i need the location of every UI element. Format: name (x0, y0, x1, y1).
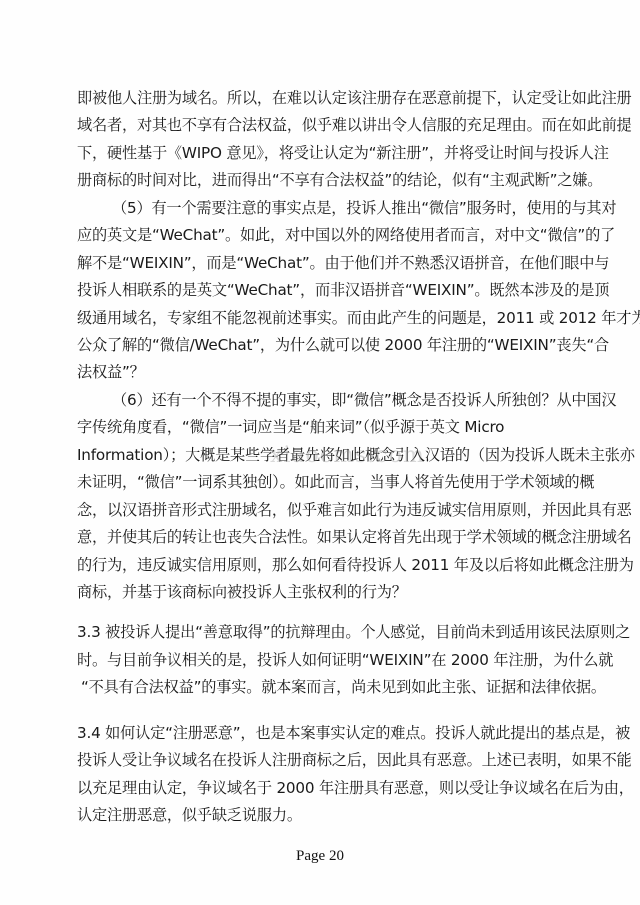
text-line: 册商标的时间对比，进而得出“不享有合法权益”的结论，似有“主观武断”之嫌。 (77, 170, 602, 190)
text-line: 念，以汉语拼音形式注册域名，似乎难言如此行为违反诚实信用原则，并因此具有恶 (77, 500, 632, 520)
text-line: 公众了解的“微信/WeChat”，为什么就可以使 2000 年注册的“WEIXI… (77, 335, 609, 355)
document-page: 即被他人注册为域名。所以，在难以认定该注册存在恶意前提下，认定受让如此注册 域名… (0, 0, 640, 905)
text-line: “不具有合法权益”的事实。就本案而言，尚未见到如此主张、证据和法律依据。 (81, 677, 606, 697)
text-line: 以充足理由认定，争议域名于 2000 年注册具有恶意，则以受让争议域名在后为由， (77, 778, 634, 798)
text-line: 投诉人相联系的是英文“WeChat”，而非汉语拼音“WEIXIN”。既然本涉及的… (77, 280, 609, 300)
text-line: 应的英文是“WeChat”。如此，对中国以外的网络使用者而言，对中文“微信”的了 (77, 225, 615, 245)
text-line: 的行为，违反诚实信用原则，那么如何看待投诉人 2011 年及以后将如此概念注册为 (77, 555, 634, 575)
text-line: 即被他人注册为域名。所以，在难以认定该注册存在恶意前提下，认定受让如此注册 (77, 88, 632, 108)
text-line: 投诉人受让争议域名在投诉人注册商标之后，因此具有恶意。上述已表明，如果不能 (77, 750, 632, 770)
text-line: 认定注册恶意，似乎缺乏说服力。 (77, 805, 302, 825)
text-line: （5）有一个需要注意的事实点是，投诉人推出“微信”服务时，使用的与其对 (112, 198, 616, 218)
text-line: （6）还有一个不得不提的事实，即“微信”概念是否投诉人所独创？从中国汉 (112, 390, 616, 410)
text-line: 解不是“WEIXIN”，而是“WeChat”。由于他们并不熟悉汉语拼音，在他们眼… (77, 253, 609, 273)
text-line: 3.3 被投诉人提出“善意取得”的抗辩理由。个人感觉，目前尚未到适用该民法原则之 (77, 622, 630, 642)
text-line: 法权益”？ (77, 362, 145, 382)
text-line: 字传统角度看，“微信”一词应当是“舶来词”（似乎源于英文 Micro (77, 417, 504, 437)
watermark: xiaocms.com (270, 443, 425, 468)
text-line: 商标，并基于该商标向被投诉人主张权利的行为？ (77, 582, 407, 602)
text-line: 级通用域名，专家组不能忽视前述事实。而由此产生的问题是，2011 或 2012 … (77, 308, 640, 328)
text-line: 下，硬性基于《WIPO 意见》，将受让认定为“新注册”，并将受让时间与投诉人注 (77, 143, 609, 163)
text-line: 意，并使其后的转让也丧失合法性。如果认定将首先出现于学术领域的概念注册域名 (77, 527, 632, 547)
page-number: Page 20 (0, 848, 640, 865)
text-line: 时。与目前争议相关的是，投诉人如何证明“WEIXIN”在 2000 年注册，为什… (77, 650, 613, 670)
text-line: 域名者，对其也不享有合法权益，似乎难以讲出令人信服的充足理由。而在如此前提 (77, 115, 632, 135)
text-line: 未证明，“微信”一词系其独创）。如此而言，当事人将首先使用于学术领域的概 (77, 472, 594, 492)
text-line: 3.4 如何认定“注册恶意”，也是本案事实认定的难点。投诉人就此提出的基点是，被 (77, 723, 630, 743)
